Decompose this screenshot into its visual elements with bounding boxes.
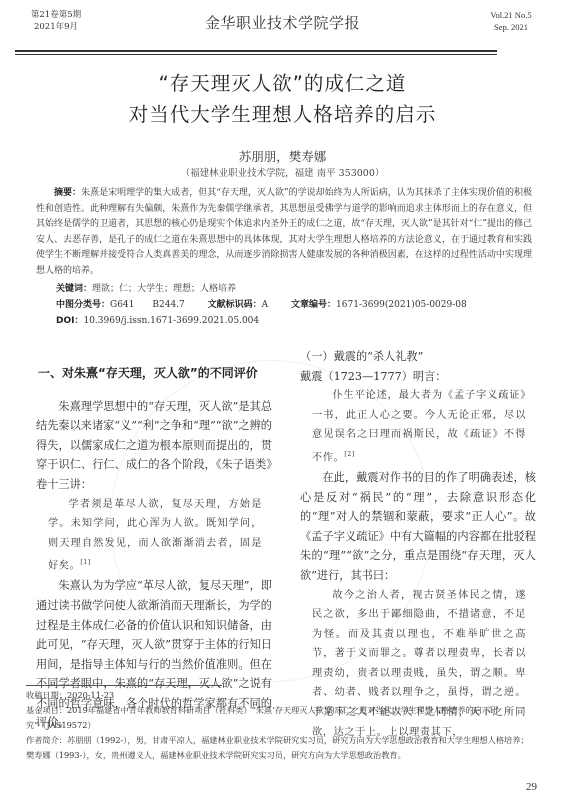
- authors: 苏朋朋，樊寿娜: [0, 147, 565, 165]
- citation-ref: [1]: [80, 559, 90, 566]
- citation-ref: [2]: [344, 451, 354, 458]
- keywords: 关键词：理欲；仁；大学生；理想；人格培养: [56, 282, 236, 296]
- affiliation: （福建林业职业技术学院，福建 南平 353000）: [0, 165, 565, 179]
- paragraph: 戴震（1723—1777）明言：: [300, 367, 536, 387]
- paragraph: 朱熹理学思想中的“存天理，灭人欲”是其总结先秦以来诸家“义”“利”之争和“理”“…: [36, 397, 272, 495]
- classification-line: 中图分类号：G641 B244.7 文献标识码：A 文章编号：1671-3699…: [56, 298, 487, 312]
- article-title-line2: 对当代大学生理想人格培养的启示: [0, 99, 565, 127]
- header-rule-thin: [15, 54, 497, 55]
- abstract-text: 朱熹是宋明理学的集大成者，但其“存天理，灭人欲”的学说却始终为人所诟病，认为其抹…: [36, 188, 532, 276]
- block-quote: 学者须是革尽人欲，复尽天理，方始是学。未知学问，此心浑为人欲。既知学问，则天理自…: [36, 495, 272, 577]
- volume-issue-en: Vol.21 No.5: [481, 9, 541, 21]
- right-column: （一）戴震的“杀人礼教” 戴震（1723—1777）明言： 仆生平论述，最大者为…: [300, 347, 536, 742]
- article-title-line1: “存天理灭人欲”的成仁之道: [0, 68, 565, 96]
- doi-line: DOI：10.3969/j.issn.1671-3699.2021.05.004: [56, 314, 259, 328]
- subsection-title: （一）戴震的“杀人礼教”: [300, 347, 536, 367]
- abstract-label: 摘要：: [54, 188, 81, 198]
- abstract: 摘要：朱熹是宋明理学的集大成者，但其“存天理，灭人欲”的学说却始终为人所诟病，认…: [36, 186, 532, 280]
- author-bio: 作者简介：苏朋朋（1992-），男，甘肃平凉人，福建林业职业技术学院研究实习员，…: [26, 733, 536, 763]
- doc-code-value: A: [262, 300, 269, 310]
- section-title: 一、对朱熹“存天理，灭人欲”的不同评价: [38, 364, 272, 384]
- keywords-label: 关键词：: [56, 284, 92, 294]
- left-column: 一、对朱熹“存天理，灭人欲”的不同评价 朱熹理学思想中的“存天理，灭人欲”是其总…: [36, 364, 272, 733]
- keywords-text: 理欲；仁；大学生；理想；人格培养: [92, 284, 236, 294]
- issue-date-en: Sep. 2021: [481, 21, 541, 33]
- paragraph: 在此，戴震对作书的目的作了明确表述，核心是反对“祸民”的“理”，去除意识形态化的…: [300, 468, 536, 586]
- doi-label: DOI：: [56, 316, 83, 326]
- article-no-label: 文章编号：: [291, 300, 336, 310]
- header-rule: [15, 50, 497, 52]
- fund-info: 基金项目：2019年福建省中青年教师教育科研项目（社科类）“朱熹‘存天理灭人欲’…: [26, 703, 536, 733]
- clc-value: G641 B244.7: [110, 300, 185, 310]
- page-number: 29: [526, 781, 537, 793]
- received-date: 收稿日期：2020-11-23: [26, 688, 536, 703]
- clc-label: 中图分类号：: [56, 300, 110, 310]
- journal-issue-info-en: Vol.21 No.5 Sep. 2021: [481, 9, 541, 33]
- block-quote: 仆生平论述，最大者为《孟子字义疏证》一书，此正人心之要。今人无论正邪，尽以意见误…: [300, 386, 536, 468]
- article-no-value: 1671-3699(2021)05-0029-08: [336, 300, 467, 310]
- doi-value: 10.3969/j.issn.1671-3699.2021.05.004: [83, 316, 259, 326]
- footnote-rule: [26, 685, 222, 686]
- footnotes: 收稿日期：2020-11-23 基金项目：2019年福建省中青年教师教育科研项目…: [26, 688, 536, 763]
- doc-code-label: 文献标识码：: [208, 300, 262, 310]
